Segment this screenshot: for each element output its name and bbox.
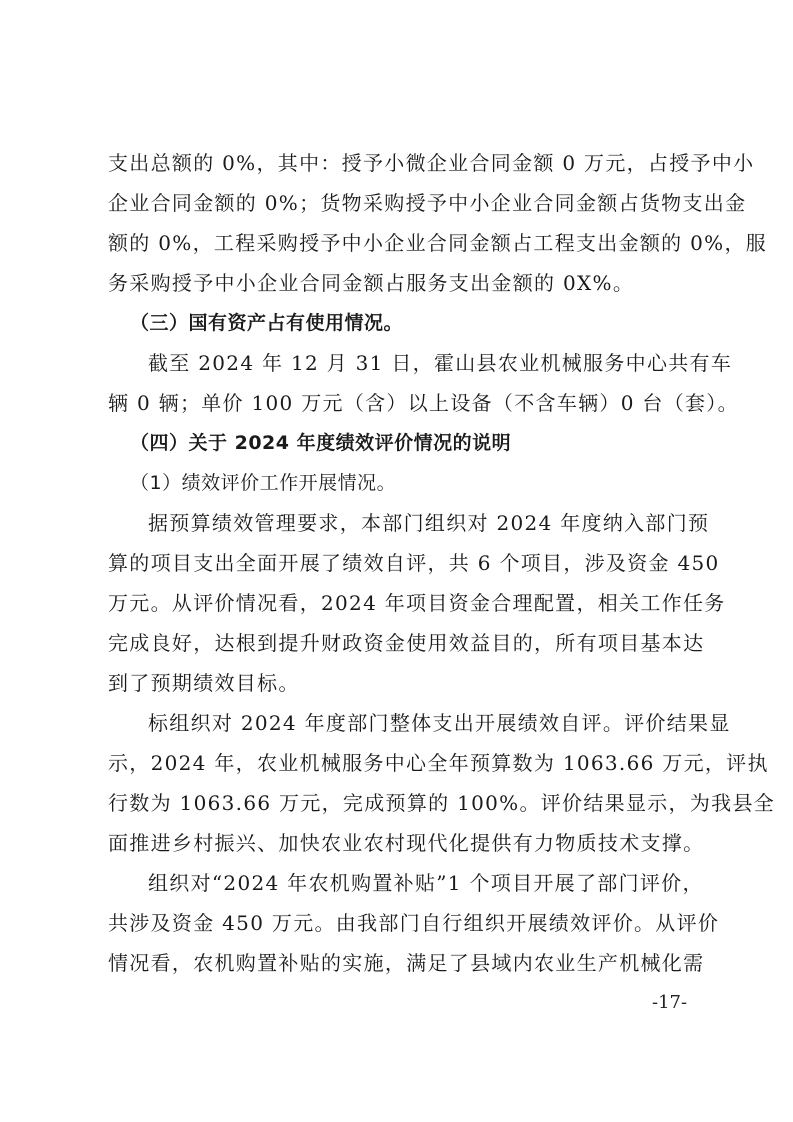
text-line: 额的 0%，工程采购授予中小企业合同金额占工程支出金额的 0%，服 <box>108 223 693 263</box>
section-heading-performance-evaluation: （四）关于 2024 年度绩效评价情况的说明 <box>108 423 693 463</box>
text-line: 完成良好，达根到提升财政资金使用效益目的，所有项目基本达 <box>108 623 693 663</box>
text-line: 行数为 1063.66 万元，完成预算的 100%。评价结果显示，为我县全 <box>108 783 693 823</box>
text-line: 万元。从评价情况看，2024 年项目资金合理配置，相关工作任务 <box>108 583 693 623</box>
paragraph-procurement-continuation: 支出总额的 0%，其中：授予小微企业合同金额 0 万元，占授予中小 企业合同金额… <box>108 143 693 303</box>
text-line: 到了预期绩效目标。 <box>108 663 693 703</box>
section-heading-state-assets: （三）国有资产占有使用情况。 <box>108 303 693 343</box>
text-line: 组织对“2024 年农机购置补贴”1 个项目开展了部门评价， <box>108 863 693 903</box>
text-line: 据预算绩效管理要求，本部门组织对 2024 年度纳入部门预 <box>108 503 693 543</box>
text-line: 算的项目支出全面开展了绩效自评，共 6 个项目，涉及资金 450 <box>108 543 693 583</box>
document-page: 支出总额的 0%，其中：授予小微企业合同金额 0 万元，占授予中小 企业合同金额… <box>108 143 693 983</box>
paragraph-project-self-evaluation: 据预算绩效管理要求，本部门组织对 2024 年度纳入部门预 算的项目支出全面开展… <box>108 503 693 703</box>
text-line: 务采购授予中小企业合同金额占服务支出金额的 0X%。 <box>108 263 693 303</box>
text-line: 情况看，农机购置补贴的实施，满足了县域内农业生产机械化需 <box>108 943 693 983</box>
text-line: 支出总额的 0%，其中：授予小微企业合同金额 0 万元，占授予中小 <box>108 143 693 183</box>
text-line: 共涉及资金 450 万元。由我部门自行组织开展绩效评价。从评价 <box>108 903 693 943</box>
text-line: 示，2024 年，农业机械服务中心全年预算数为 1063.66 万元，评执 <box>108 743 693 783</box>
paragraph-department-overall-evaluation: 标组织对 2024 年度部门整体支出开展绩效自评。评价结果显 示，2024 年，… <box>108 703 693 863</box>
text-line: 标组织对 2024 年度部门整体支出开展绩效自评。评价结果显 <box>108 703 693 743</box>
subsection-heading-evaluation-work: （1）绩效评价工作开展情况。 <box>108 463 693 503</box>
page-number: -17- <box>652 992 687 1013</box>
text-line: 企业合同金额的 0%；货物采购授予中小企业合同金额占货物支出金 <box>108 183 693 223</box>
text-line: 辆 0 辆；单价 100 万元（含）以上设备（不含车辆）0 台（套）。 <box>108 383 693 423</box>
paragraph-state-assets: 截至 2024 年 12 月 31 日，霍山县农业机械服务中心共有车 辆 0 辆… <box>108 343 693 423</box>
text-line: 面推进乡村振兴、加快农业农村现代化提供有力物质技术支撑。 <box>108 823 693 863</box>
paragraph-machinery-subsidy-evaluation: 组织对“2024 年农机购置补贴”1 个项目开展了部门评价， 共涉及资金 450… <box>108 863 693 983</box>
text-line: 截至 2024 年 12 月 31 日，霍山县农业机械服务中心共有车 <box>108 343 693 383</box>
